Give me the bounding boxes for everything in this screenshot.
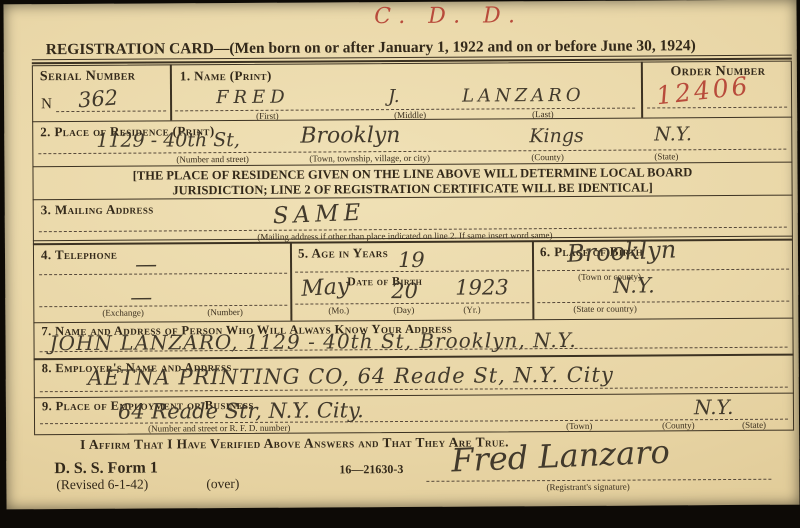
residence-street-value: 1129 - 40th St, — [96, 129, 240, 152]
employment-town-hint: (Town) — [566, 421, 592, 431]
birth-year-value: 1923 — [455, 275, 509, 299]
dob-day-hint: (Day) — [393, 305, 414, 315]
serial-number-value: 362 — [77, 85, 119, 112]
residence-state-hint: (State) — [654, 151, 678, 161]
signature-hint: (Registrant's signature) — [546, 482, 629, 493]
employment-state-value: N.Y. — [694, 395, 734, 419]
scan-background: C. D. D. REGISTRATION CARD—(Men born on … — [0, 0, 800, 528]
affirmation-statement: I Affirm That I Have Verified Above Answ… — [80, 434, 509, 453]
employer-value: AETNA PRINTING CO, 64 Reade St, N.Y. Cit… — [88, 363, 614, 390]
birth-state-hint: (State or country) — [573, 304, 637, 314]
mailing-address-label: 3. Mailing Address — [41, 202, 154, 219]
age-label: 5. Age in Years — [298, 245, 388, 262]
employment-address-hint: (Number and street or R. F. D. number) — [148, 423, 290, 434]
mailing-address-value: SAME — [272, 200, 366, 230]
over-note: (over) — [206, 476, 239, 492]
telephone-label: 4. Telephone — [41, 247, 117, 263]
birth-day-value: 20 — [391, 279, 418, 303]
registrant-signature: Fred Lanzaro — [451, 433, 671, 480]
name-last-value: LANZARO — [462, 85, 585, 107]
form-revision: (Revised 6-1-42) — [56, 477, 148, 494]
print-code: 16—21630-3 — [339, 462, 403, 477]
residence-town-value: Brooklyn — [300, 123, 400, 149]
name-label: 1. Name (Print) — [180, 68, 272, 85]
dob-month-hint: (Mo.) — [328, 305, 349, 315]
red-annotation: C. D. D. — [338, 3, 558, 29]
employment-state-hint: (State) — [742, 420, 766, 430]
serial-number-label: Serial Number — [40, 69, 136, 86]
birth-month-value: May — [301, 274, 350, 302]
form-number: D. S. S. Form 1 — [54, 459, 158, 478]
serial-prefix: N — [41, 96, 52, 113]
name-first-hint: (First) — [256, 111, 279, 121]
residence-state-value: N.Y. — [654, 123, 692, 145]
dob-year-hint: (Yr.) — [463, 305, 480, 315]
name-last-hint: (Last) — [532, 109, 554, 119]
employment-county-hint: (County) — [662, 420, 695, 430]
age-value: 19 — [398, 248, 425, 272]
registration-card: C. D. D. REGISTRATION CARD—(Men born on … — [3, 0, 799, 509]
name-middle-hint: (Middle) — [394, 110, 426, 120]
residence-county-hint: (County) — [531, 152, 564, 162]
residence-town-hint: (Town, township, village, or city) — [309, 153, 430, 164]
residence-street-hint: (Number and street) — [176, 154, 249, 164]
col-divider-serial-name — [170, 64, 172, 120]
birth-town-value: Brooklyn — [566, 235, 676, 267]
name-middle-value: J. — [388, 86, 400, 107]
telephone-exchange-hint: (Exchange) — [102, 308, 144, 318]
birth-state-value: N.Y. — [613, 273, 655, 297]
residence-county-value: Kings — [529, 125, 584, 147]
telephone-number-hint: (Number) — [207, 307, 243, 317]
name-first-value: FRED — [216, 87, 290, 108]
